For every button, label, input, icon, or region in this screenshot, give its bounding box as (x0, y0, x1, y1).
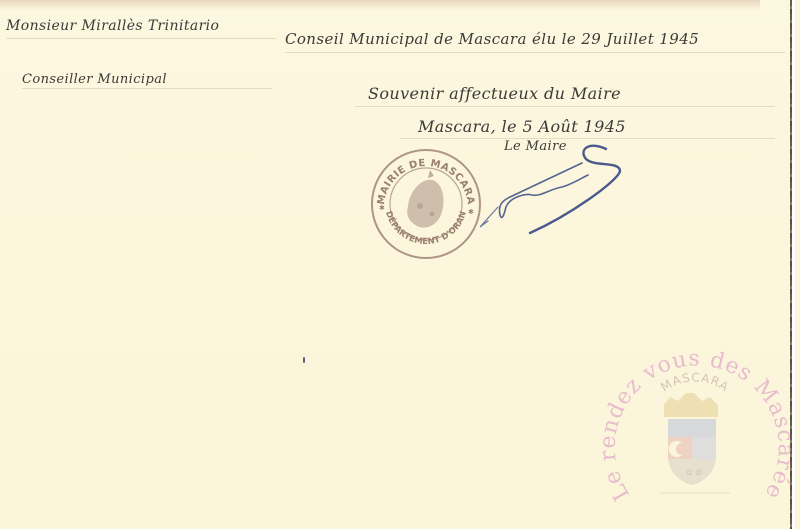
document-card: Monsieur Mirallès Trinitario Conseiller … (0, 0, 795, 529)
svg-text:✱: ✱ (379, 204, 385, 212)
place-date-line: Mascara, le 5 Août 1945 (418, 117, 626, 136)
mairie-stamp: MAIRIE DE MASCARA DÉPARTEMENT D'ORAN ✱ ✱ (368, 148, 484, 260)
ruled-line (22, 88, 272, 89)
ruled-line (285, 52, 785, 53)
ink-speck (303, 357, 305, 363)
council-line: Conseil Municipal de Mascara élu le 29 J… (285, 30, 699, 48)
top-edge-stain (0, 0, 760, 10)
recipient-line: Monsieur Mirallès Trinitario (6, 18, 219, 34)
mayor-signature (470, 135, 640, 240)
watermark-logo: Le rendez vous des Mascaréens MASCARA ✿ … (590, 325, 800, 525)
souvenir-line: Souvenir affectueux du Maire (368, 84, 621, 103)
coat-of-arms-icon: ✿ ✿ (664, 393, 718, 485)
title-line: Conseiller Municipal (22, 72, 167, 87)
ruled-line (355, 106, 775, 107)
ruled-line (6, 38, 276, 39)
svg-text:✿ ✿: ✿ ✿ (686, 468, 702, 477)
stamp-emblem-icon (407, 170, 443, 228)
